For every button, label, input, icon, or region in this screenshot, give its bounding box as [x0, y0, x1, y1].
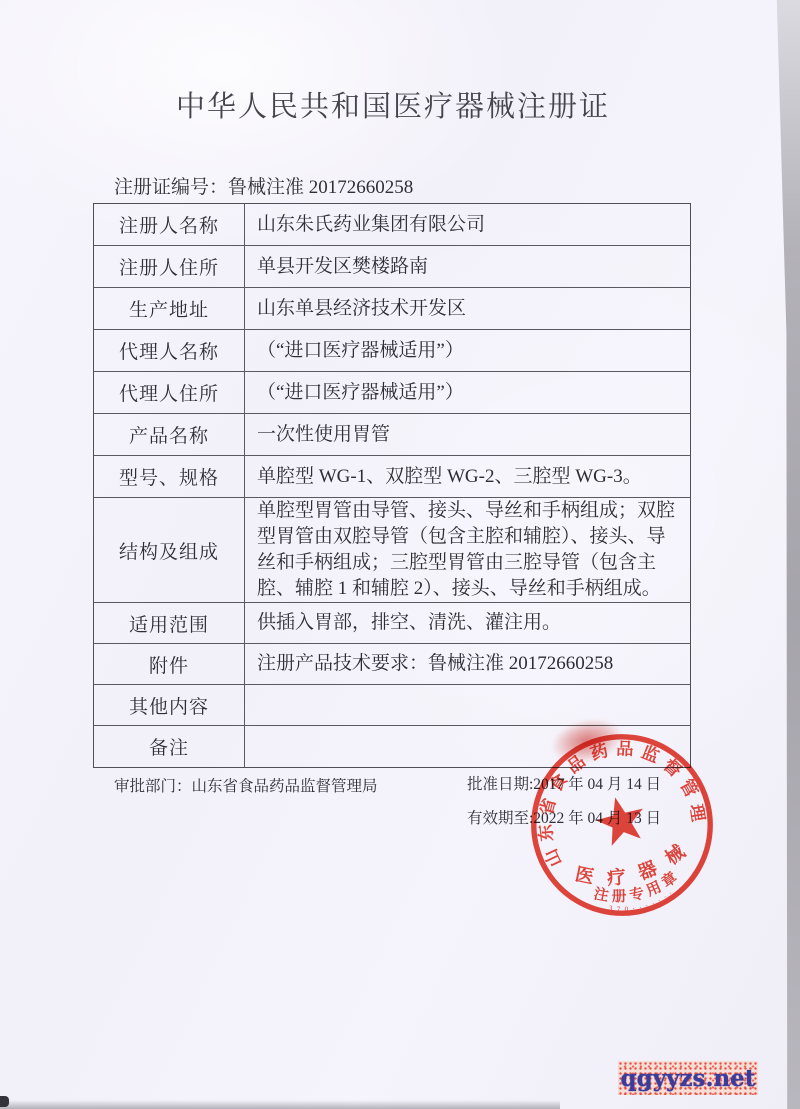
paper-bottom-edge: [0, 1100, 560, 1109]
row-label: 生产地址: [94, 288, 245, 329]
watermark-text: qgyyzs.net: [621, 1065, 756, 1092]
row-label: 代理人名称: [94, 330, 245, 371]
table-row: 适用范围 供插入胃部，排空、清洗、灌注用。: [94, 603, 690, 644]
table-row: 代理人名称 （“进口医疗器械适用”）: [94, 330, 690, 372]
row-value: 单腔型 WG-1、双腔型 WG-2、三腔型 WG-3。: [245, 456, 690, 497]
row-value: 单腔型胃管由导管、接头、导丝和手柄组成；双腔型胃管由双腔导管（包含主腔和辅腔）、…: [245, 498, 690, 602]
row-label: 附件: [94, 644, 245, 684]
row-label: 产品名称: [94, 414, 245, 455]
table-row: 结构及组成 单腔型胃管由导管、接头、导丝和手柄组成；双腔型胃管由双腔导管（包含主…: [94, 498, 690, 603]
row-label: 备注: [94, 726, 245, 767]
seal-star-icon: [592, 792, 650, 848]
approval-department: 审批部门：山东省食品药品监督管理局: [114, 774, 378, 796]
table-row: 生产地址 山东单县经济技术开发区: [94, 288, 690, 330]
row-label: 适用范围: [94, 603, 245, 643]
scan-corner-speck: [0, 1096, 9, 1107]
row-label: 其他内容: [94, 685, 245, 725]
site-watermark: qgyyzs.net: [618, 1061, 758, 1095]
table-row: 注册人住所 单县开发区樊楼路南: [94, 246, 690, 288]
certificate-title: 中华人民共和国医疗器械注册证: [0, 84, 786, 125]
row-value: （“进口医疗器械适用”）: [245, 330, 690, 371]
row-value: 山东朱氏药业集团有限公司: [245, 204, 690, 245]
table-row: 型号、规格 单腔型 WG-1、双腔型 WG-2、三腔型 WG-3。: [94, 456, 690, 498]
row-value: 山东单县经济技术开发区: [245, 288, 690, 329]
row-value: 单县开发区樊楼路南: [245, 246, 690, 287]
row-value: [245, 685, 690, 725]
row-label: 代理人住所: [94, 372, 245, 413]
row-value: （“进口医疗器械适用”）: [245, 372, 690, 413]
row-label: 结构及组成: [94, 498, 245, 602]
certificate-table: 注册人名称 山东朱氏药业集团有限公司 注册人住所 单县开发区樊楼路南 生产地址 …: [93, 203, 691, 768]
row-value: 注册产品技术要求：鲁械注准 20172660258: [245, 644, 690, 684]
row-label: 注册人住所: [94, 246, 245, 287]
row-label: 注册人名称: [94, 204, 245, 245]
registration-number: 注册证编号：鲁械注准 20172660258: [114, 172, 413, 199]
row-value: 一次性使用胃管: [245, 414, 690, 455]
row-value: 供插入胃部，排空、清洗、灌注用。: [245, 603, 690, 643]
table-row: 注册人名称 山东朱氏药业集团有限公司: [94, 204, 690, 246]
table-row: 代理人住所 （“进口医疗器械适用”）: [94, 372, 690, 414]
table-row: 产品名称 一次性使用胃管: [94, 414, 690, 456]
table-row: 附件 注册产品技术要求：鲁械注准 20172660258: [94, 644, 690, 685]
official-seal: 山东省食品药品监督管理局 医 疗 器 械 注册专用章 370·······: [524, 727, 720, 923]
row-label: 型号、规格: [94, 456, 245, 497]
